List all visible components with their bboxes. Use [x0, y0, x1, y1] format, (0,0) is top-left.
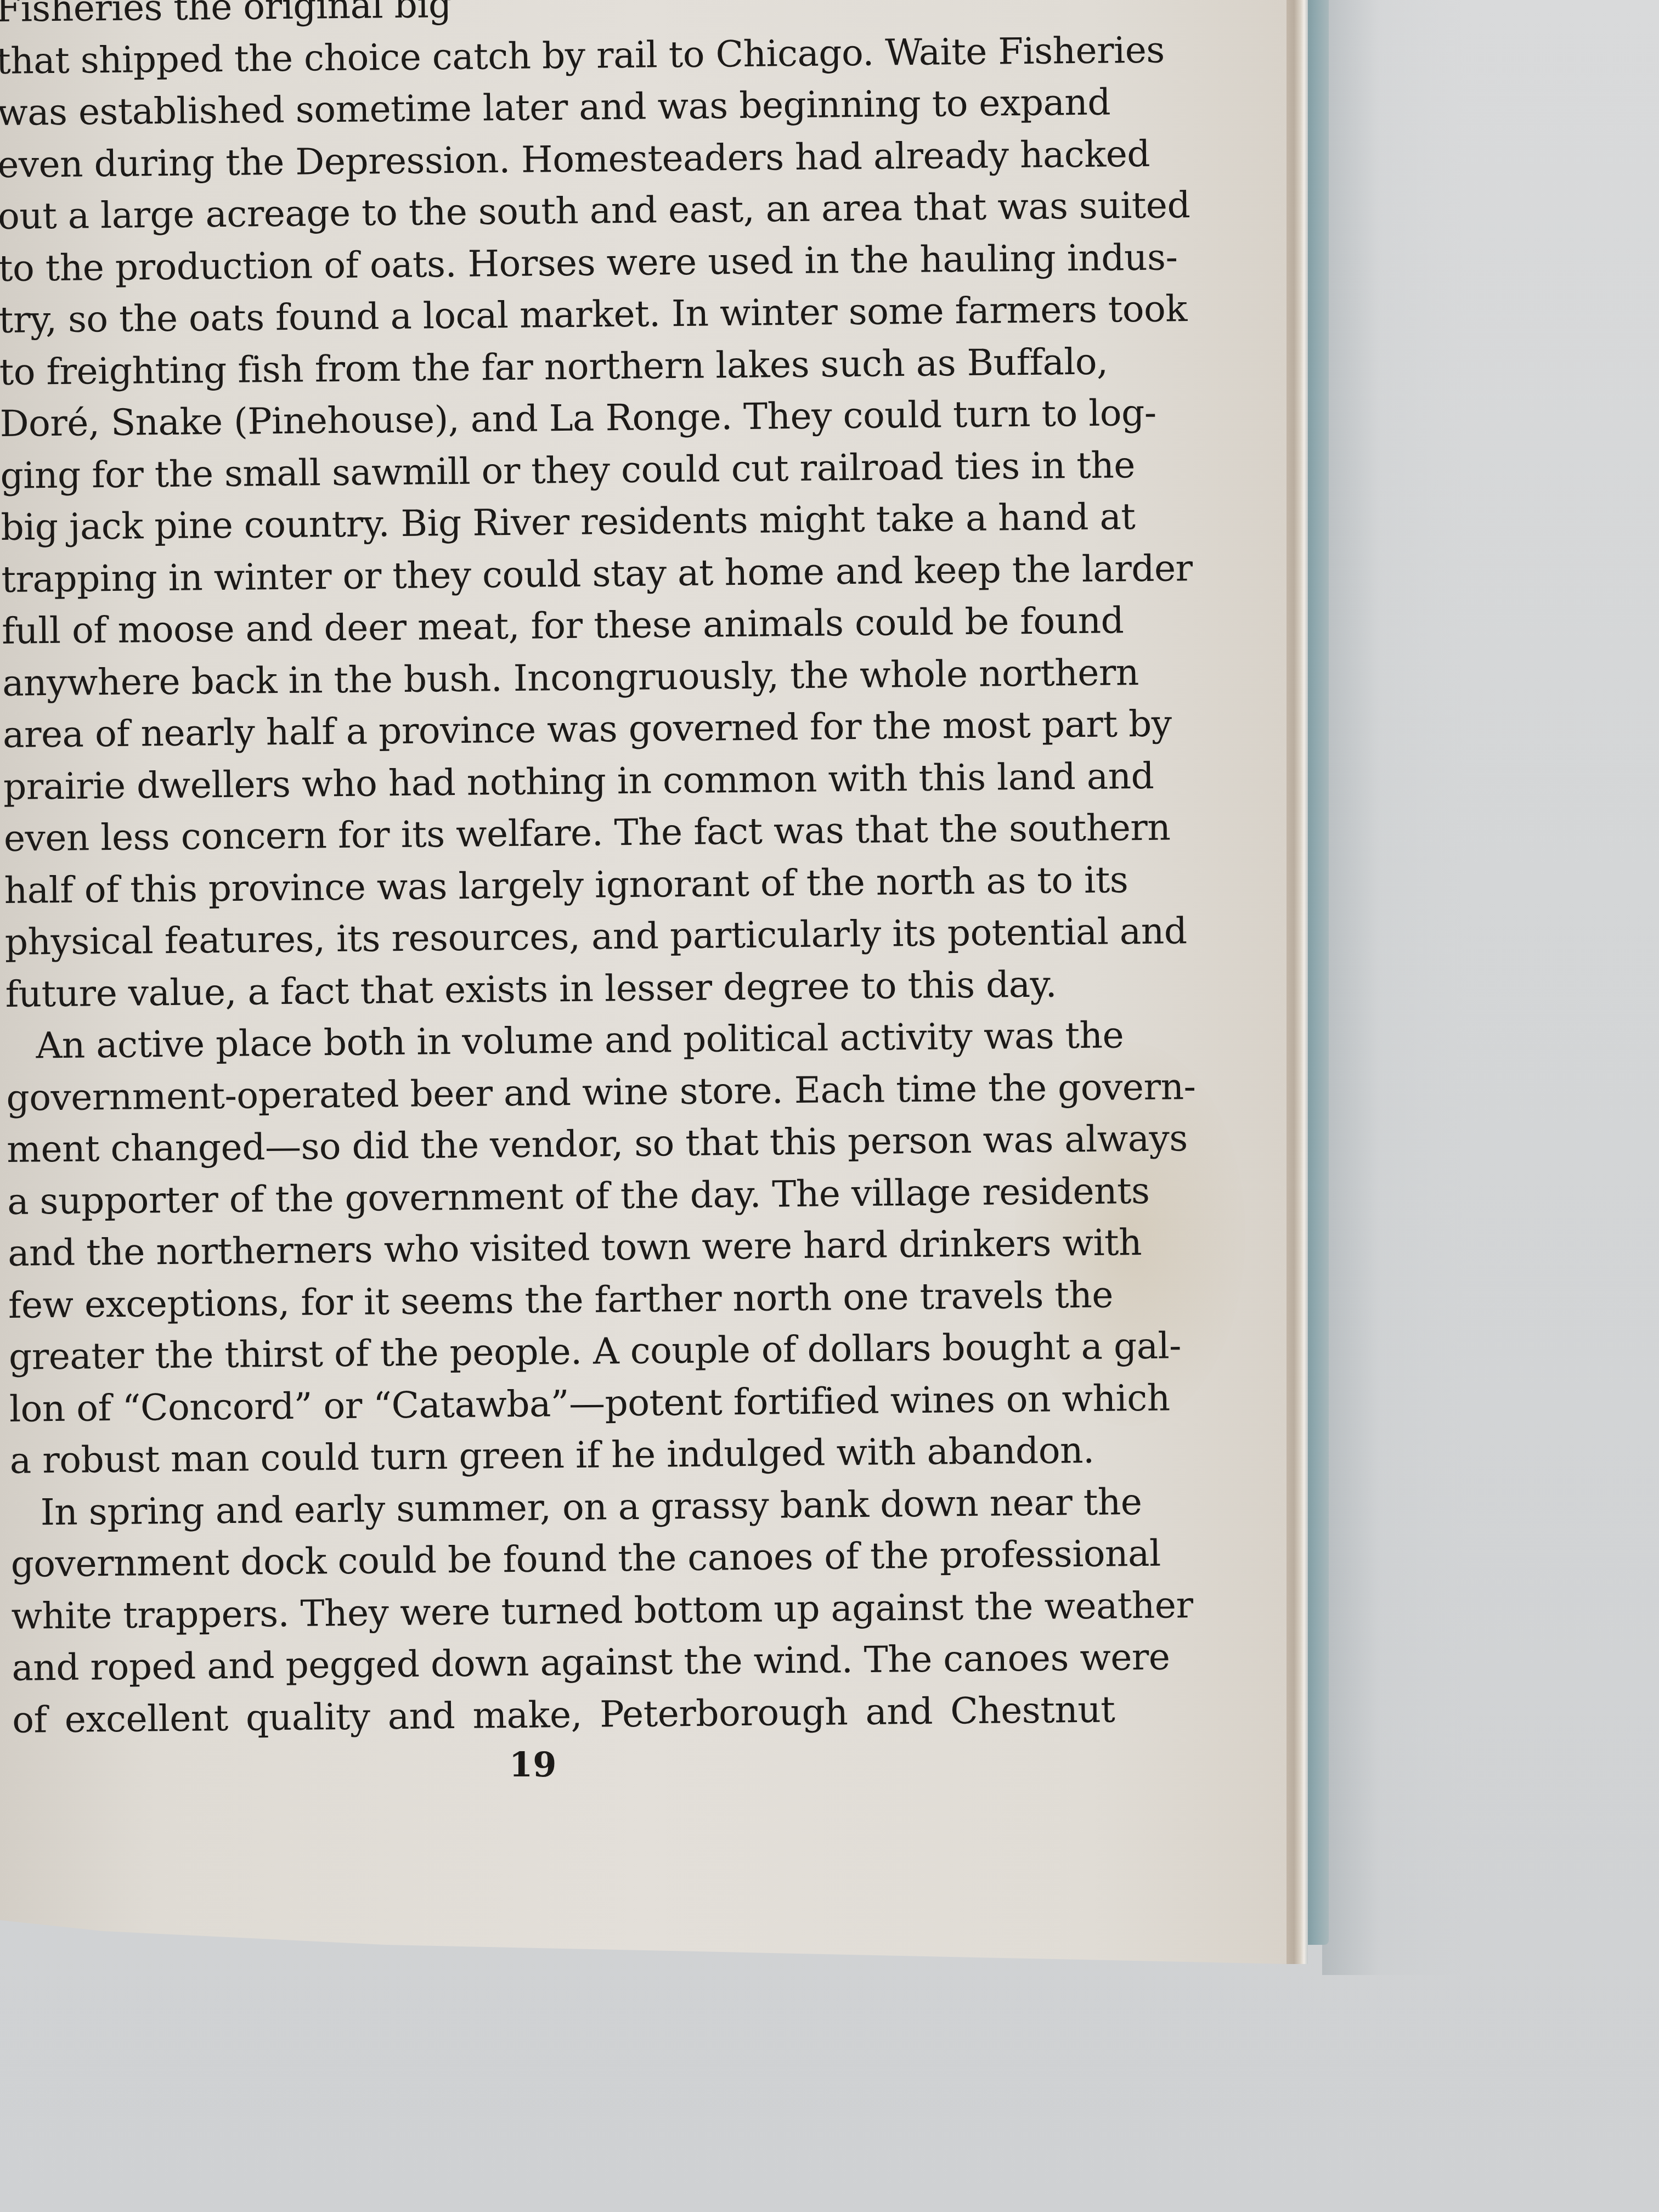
- paragraph-3: In spring and early summer, on a grassy …: [10, 1476, 1115, 1746]
- text-line: out a large acreage to the south and eas…: [0, 180, 1101, 243]
- book-cover-edge: [1306, 0, 1329, 1945]
- paragraph-2: An active place both in volume and polit…: [5, 1010, 1113, 1487]
- cover-shadow: [1322, 0, 1465, 1975]
- photo-scene: Fisheries the original big that shipped …: [0, 0, 1659, 2212]
- text-line: even less concern for its welfare. The f…: [4, 803, 1107, 865]
- text-line: was established sometime later and was b…: [0, 77, 1100, 139]
- page-number: 19: [509, 1745, 556, 1785]
- text-line: and the northerners who visited town wer…: [8, 1217, 1111, 1280]
- body-text: Fisheries the original big that shipped …: [0, 0, 1115, 1746]
- text-line: government dock could be found the canoe…: [10, 1528, 1114, 1591]
- text-line: and roped and pegged down against the wi…: [12, 1632, 1115, 1695]
- text-line: full of moose and deer meat, for these a…: [2, 595, 1105, 658]
- text-line: Doré, Snake (Pinehouse), and La Ronge. T…: [0, 388, 1103, 450]
- book-page: Fisheries the original big that shipped …: [0, 0, 1286, 1964]
- text-line: greater the thirst of the people. A coup…: [9, 1321, 1112, 1384]
- text-line: try, so the oats found a local market. I…: [0, 284, 1102, 347]
- paragraph-1: Fisheries the original big that shipped …: [0, 0, 1108, 1020]
- text-line: a robust man could turn green if he indu…: [9, 1425, 1113, 1487]
- text-line: big jack pine country. Big River residen…: [1, 492, 1104, 554]
- text-line: of excellent quality and make, Peterboro…: [12, 1684, 1115, 1746]
- text-line: area of nearly half a province was gover…: [3, 699, 1106, 761]
- text-line: physical features, its resources, and pa…: [4, 906, 1108, 969]
- text-line: ment changed—so did the vendor, so that …: [7, 1114, 1110, 1176]
- text-line: An active place both in volume and polit…: [5, 1010, 1109, 1073]
